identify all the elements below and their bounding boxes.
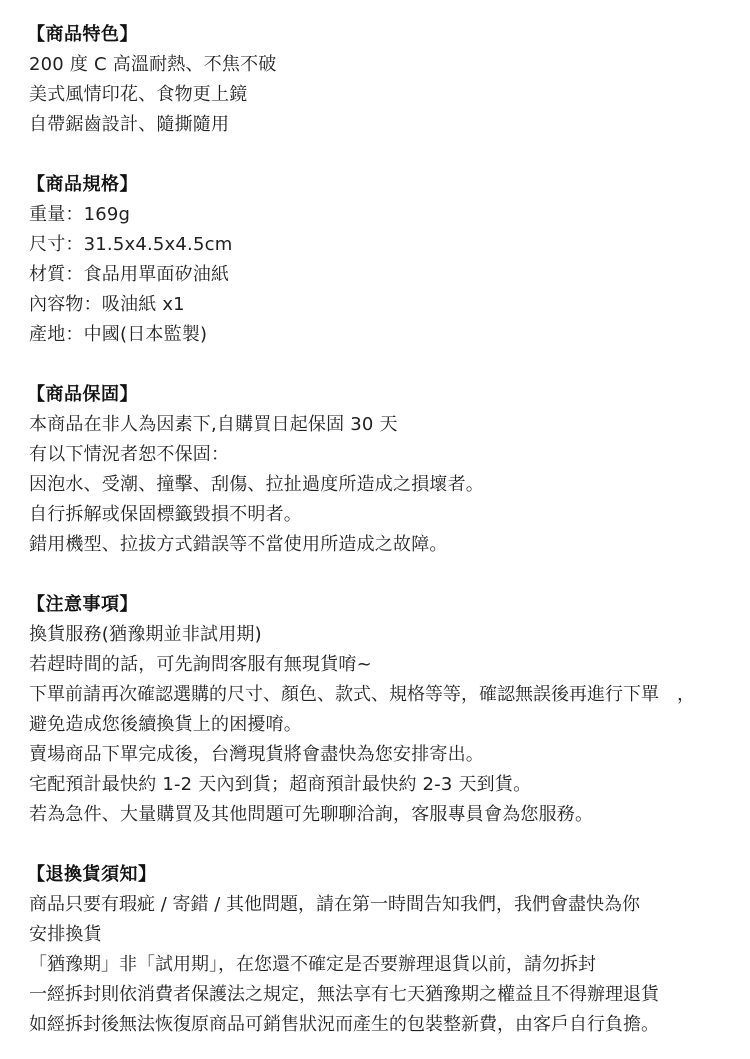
text-line: 美式風情印花、食物更上鏡: [29, 80, 750, 110]
spec-size: 尺寸：31.5x4.5x4.5cm: [29, 230, 750, 260]
spec-contents: 內容物：吸油紙 x1: [29, 290, 750, 320]
text-line: 自帶鋸齒設計、隨撕隨用: [29, 110, 750, 140]
section-product-features: 【商品特色】 200 度 C 高溫耐熱、不焦不破 美式風情印花、食物更上鏡 自帶…: [29, 20, 750, 140]
text-line: 本商品在非人為因素下,自購買日起保固 30 天: [29, 410, 750, 440]
spec-material: 材質：食品用單面矽油紙: [29, 260, 750, 290]
section-heading: 【商品規格】: [27, 170, 750, 200]
text-line: 若為急件、大量購買及其他問題可先聊聊洽詢，客服專員會為您服務。: [29, 800, 750, 830]
text-line: 自行拆解或保固標籤毀損不明者。: [29, 500, 750, 530]
section-notes: 【注意事項】 換貨服務(猶豫期並非試用期) 若趕時間的話，可先詢問客服有無現貨唷…: [29, 590, 750, 830]
text-line: 有以下情況者恕不保固：: [29, 440, 750, 470]
text-line: 避免造成您後續換貨上的困擾唷。: [29, 710, 750, 740]
section-warranty: 【商品保固】 本商品在非人為因素下,自購買日起保固 30 天 有以下情況者恕不保…: [29, 380, 750, 560]
text-line: 若趕時間的話，可先詢問客服有無現貨唷~: [29, 650, 750, 680]
text-line: 安排換貨: [29, 920, 750, 950]
section-product-specs: 【商品規格】 重量：169g 尺寸：31.5x4.5x4.5cm 材質：食品用單…: [29, 170, 750, 350]
text-line: 「猶豫期」非「試用期」，在您還不確定是否要辦理退貨以前，請勿拆封: [29, 950, 750, 980]
section-heading: 【商品保固】: [27, 380, 750, 410]
text-line: 換貨服務(猶豫期並非試用期): [29, 620, 750, 650]
text-line: 商品只要有瑕疵 / 寄錯 / 其他問題，請在第一時間告知我們，我們會盡快為你: [29, 890, 750, 920]
text-line: 因泡水、受潮、撞擊、刮傷、拉扯過度所造成之損壞者。: [29, 470, 750, 500]
text-line: 下單前請再次確認選購的尺寸、顏色、款式、規格等等，確認無誤後再進行下單 ，: [29, 680, 750, 710]
section-heading: 【退換貨須知】: [27, 860, 750, 890]
text-line: 200 度 C 高溫耐熱、不焦不破: [29, 50, 750, 80]
text-line: 一經拆封則依消費者保護法之規定，無法享有七天猶豫期之權益且不得辦理退貨: [29, 980, 750, 1010]
spec-weight: 重量：169g: [29, 200, 750, 230]
spec-origin: 產地：中國(日本監製): [29, 320, 750, 350]
text-line: 如經拆封後無法恢復原商品可銷售狀況而產生的包裝整新費，由客戶自行負擔。: [29, 1010, 750, 1040]
section-heading: 【商品特色】: [27, 20, 750, 50]
section-heading: 【注意事項】: [27, 590, 750, 620]
section-return-policy: 【退換貨須知】 商品只要有瑕疵 / 寄錯 / 其他問題，請在第一時間告知我們，我…: [29, 860, 750, 1040]
text-line: 宅配預計最快約 1-2 天內到貨；超商預計最快約 2-3 天到貨。: [29, 770, 750, 800]
text-line: 錯用機型、拉拔方式錯誤等不當使用所造成之故障。: [29, 530, 750, 560]
product-description-document: 【商品特色】 200 度 C 高溫耐熱、不焦不破 美式風情印花、食物更上鏡 自帶…: [0, 0, 750, 1040]
text-line: 賣場商品下單完成後，台灣現貨將會盡快為您安排寄出。: [29, 740, 750, 770]
